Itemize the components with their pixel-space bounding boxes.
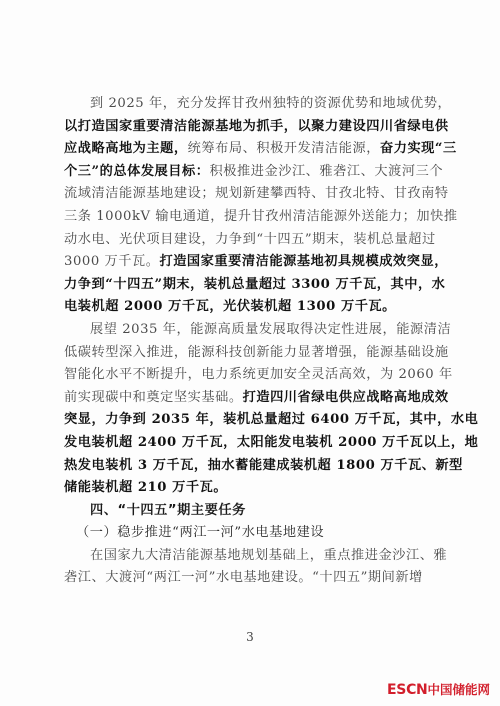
paragraph-line: 展望 2035 年，能源高质量发展取得决定性进展，能源清洁 <box>64 319 438 342</box>
bold-text-segment: 打造四川省绿电供应战略高地成效 <box>243 390 449 405</box>
paragraph-line: 个三”的总体发展目标：积极推进金沙江、雅砻江、大渡河三个 <box>64 161 438 184</box>
text-segment: 到 2025 年，充分发挥甘孜州独特的资源优势和地域优势， <box>90 96 451 111</box>
bold-text-segment: 热发电装机 3 万千瓦，抽水蓄能建成装机超 1800 万千瓦、新型 <box>64 458 463 473</box>
bold-text-segment: 电装机超 2000 万千瓦，光伏装机超 1300 万千瓦。 <box>64 299 396 314</box>
bold-text-segment: 力争到“十四五”期末，装机总量超过 3300 万千瓦，其中，水 <box>64 277 445 292</box>
text-segment: 智能化水平不断提升，电力系统更加安全灵活高效，为 2060 年 <box>64 367 453 382</box>
paragraph-line: 热发电装机 3 万千瓦，抽水蓄能建成装机超 1800 万千瓦、新型 <box>64 455 438 478</box>
paragraph-line: 以打造国家重要清洁能源基地为抓手，以聚力建设四川省绿电供 <box>64 116 438 139</box>
goal-paragraphs: 到 2025 年，充分发挥甘孜州独特的资源优势和地域优势，以打造国家重要清洁能源… <box>64 93 438 500</box>
paragraph-line: 发电装机超 2400 万千瓦，太阳能发电装机 2000 万千瓦以上，地 <box>64 432 438 455</box>
section-heading: 四、“十四五”期主要任务 <box>64 500 438 523</box>
paragraph-line: 动水电、光伏项目建设，力争到“十四五”期末，装机总量超过 <box>64 229 438 252</box>
paragraph-line: 力争到“十四五”期末，装机总量超过 3300 万千瓦，其中，水 <box>64 274 438 297</box>
paragraph-line: 储能装机超 210 万千瓦。 <box>64 477 438 500</box>
document-body: 到 2025 年，充分发挥甘孜州独特的资源优势和地域优势，以打造国家重要清洁能源… <box>64 93 438 590</box>
text-segment: 流域清洁能源基地建设；规划新建攀西特、甘孜北特、甘孜南特 <box>64 186 449 201</box>
escn-watermark-logo: ESCN中国储能网 <box>387 680 490 698</box>
paragraph-line: 流域清洁能源基地建设；规划新建攀西特、甘孜北特、甘孜南特 <box>64 183 438 206</box>
paragraph-line: 到 2025 年，充分发挥甘孜州独特的资源优势和地域优势， <box>64 93 438 116</box>
text-segment: 展望 2035 年，能源高质量发展取得决定性进展，能源清洁 <box>90 322 451 337</box>
watermark-latin: ESCN <box>387 682 427 698</box>
bold-text-segment: 储能装机超 210 万千瓦。 <box>64 480 227 495</box>
bold-text-segment: 打造国家重要清洁能源基地初具规模成效突显， <box>159 254 448 269</box>
paragraph-line: 应战略高地为主题，统筹布局、积极开发清洁能源，奋力实现“三 <box>64 138 438 161</box>
paragraph-line: 砻江、大渡河“两江一河”水电基地建设。“十四五”期间新增 <box>64 567 438 590</box>
paragraph-line: 3000 万千瓦。打造国家重要清洁能源基地初具规模成效突显， <box>64 251 438 274</box>
bold-text-segment: 以打造国家重要清洁能源基地为抓手，以聚力建设四川省绿电供 <box>64 119 449 134</box>
text-segment: 积极推进金沙江、雅砻江、大渡河三个 <box>210 164 444 179</box>
paragraph-line: 突显，力争到 2035 年，装机总量超过 6400 万千瓦，其中，水电 <box>64 409 438 432</box>
watermark-chinese: 中国储能网 <box>427 682 490 697</box>
bold-text-segment: 发电装机超 2400 万千瓦，太阳能发电装机 2000 万千瓦以上，地 <box>64 435 478 450</box>
paragraph-line: 智能化水平不断提升，电力系统更加安全灵活高效，为 2060 年 <box>64 364 438 387</box>
bold-text-segment: 应战略高地为主题， <box>64 141 188 156</box>
paragraph-line: 低碳转型深入推进，能源科技创新能力显著增强，能源基础设施 <box>64 342 438 365</box>
paragraph-line: 在国家九大清洁能源基地规划基础上，重点推进金沙江、雅 <box>64 545 438 568</box>
paragraph-line: 前实现碳中和奠定坚实基础。打造四川省绿电供应战略高地成效 <box>64 387 438 410</box>
text-segment: 前实现碳中和奠定坚实基础。 <box>64 390 243 405</box>
text-segment: 3000 万千瓦。 <box>64 254 159 269</box>
text-segment: 动水电、光伏项目建设，力争到“十四五”期末，装机总量超过 <box>64 232 436 247</box>
document-page: 到 2025 年，充分发挥甘孜州独特的资源优势和地域优势，以打造国家重要清洁能源… <box>0 0 500 706</box>
text-segment: 三条 1000kV 输电通道，提升甘孜州清洁能源外送能力；加快推 <box>64 209 458 224</box>
paragraph-line: 三条 1000kV 输电通道，提升甘孜州清洁能源外送能力；加快推 <box>64 206 438 229</box>
bold-text-segment: 个三”的总体发展目标： <box>64 164 210 179</box>
text-segment: 低碳转型深入推进，能源科技创新能力显著增强，能源基础设施 <box>64 345 449 360</box>
bold-text-segment: 突显，力争到 2035 年，装机总量超过 6400 万千瓦，其中，水电 <box>64 412 478 427</box>
page-number: 3 <box>0 630 500 644</box>
paragraph-line: 电装机超 2000 万千瓦，光伏装机超 1300 万千瓦。 <box>64 296 438 319</box>
text-segment: 统筹布局、积极开发清洁能源， <box>188 141 380 156</box>
subsection-heading: （一）稳步推进“两江一河”水电基地建设 <box>64 522 438 545</box>
bold-text-segment: 奋力实现“三 <box>380 141 457 156</box>
